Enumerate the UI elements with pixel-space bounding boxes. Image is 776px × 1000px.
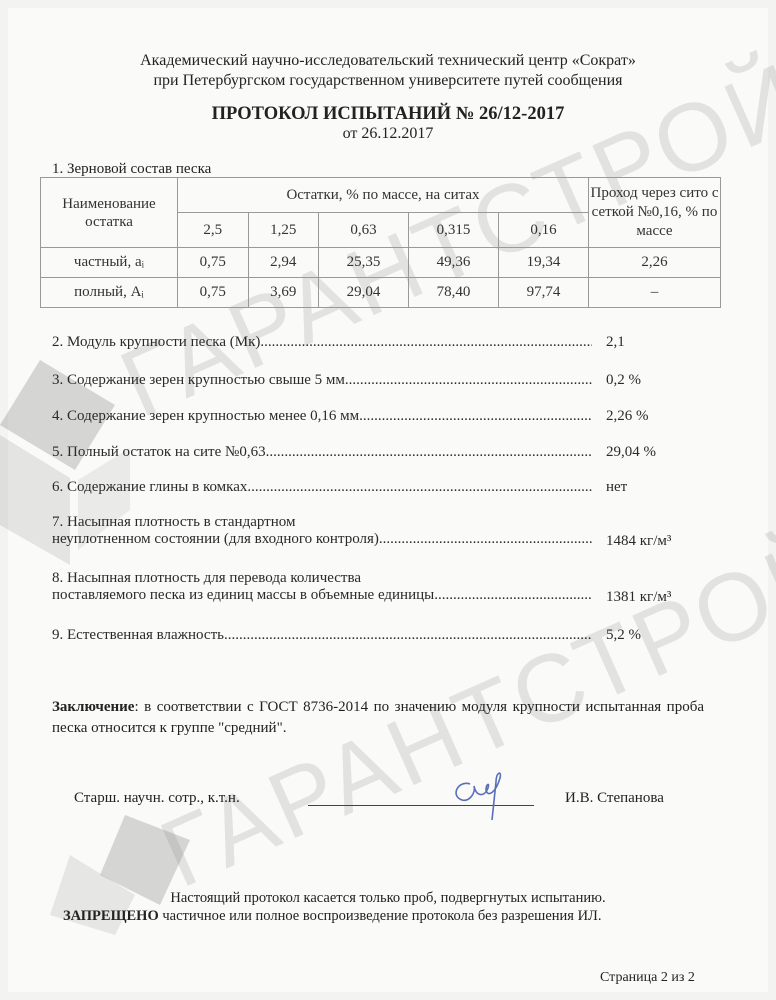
residue-cell: 0,75 <box>178 248 249 278</box>
page-number: Страница 2 из 2 <box>600 970 695 986</box>
signer-role: Старш. научн. сотр., к.т.н. <box>74 790 240 807</box>
result-label: 6. Содержание глины в комках <box>52 479 592 496</box>
result-label-text: поставляемого песка из единиц массы в об… <box>52 587 434 603</box>
result-label-text: неуплотненном состоянии (для входного ко… <box>52 531 379 547</box>
result-label: 5. Полный остаток на сите №0,63 <box>52 444 592 461</box>
leader-dots <box>266 444 592 460</box>
residue-cell: 29,04 <box>319 278 409 308</box>
result-label-text: 4. Содержание зерен крупностью менее 0,1… <box>52 408 359 424</box>
result-item: 9. Естественная влажность5,2 % <box>52 627 592 644</box>
signature-icon <box>440 762 520 822</box>
document-title: ПРОТОКОЛ ИСПЫТАНИЙ № 26/12-2017 <box>0 104 776 125</box>
result-label: неуплотненном состоянии (для входного ко… <box>52 531 592 548</box>
result-label-text: 6. Содержание глины в комках <box>52 479 247 495</box>
result-item: 3. Содержание зерен крупностью свыше 5 м… <box>52 372 592 389</box>
row-label: полный, Aᵢ <box>41 278 178 308</box>
residue-cell: 0,75 <box>178 278 249 308</box>
organization-header: Академический научно-исследовательский т… <box>0 51 776 91</box>
result-label-line1: 8. Насыпная плотность для перевода колич… <box>52 570 592 587</box>
row-label: частный, aᵢ <box>41 248 178 278</box>
document-date: от 26.12.2017 <box>0 125 776 143</box>
result-value: 2,1 <box>606 334 625 351</box>
sieve-size-header: 0,63 <box>319 213 409 248</box>
result-value: 2,26 % <box>606 408 649 425</box>
pass-cell: – <box>589 278 721 308</box>
result-label: 2. Модуль крупности песка (Мк) <box>52 334 592 351</box>
conclusion-heading: Заключение <box>52 699 134 715</box>
footer-note-2-bold: ЗАПРЕЩЕНО <box>63 908 159 924</box>
result-item: 7. Насыпная плотность в стандартномнеупл… <box>52 514 592 548</box>
header-pass: Проход через сито с сеткой №0,16, % по м… <box>589 178 721 248</box>
residue-cell: 49,36 <box>408 248 498 278</box>
leader-dots <box>247 479 592 495</box>
result-label: поставляемого песка из единиц массы в об… <box>52 587 592 604</box>
table-row: частный, aᵢ0,752,9425,3549,3619,342,26 <box>41 248 721 278</box>
sieve-size-header: 0,315 <box>408 213 498 248</box>
leader-dots <box>224 627 592 643</box>
result-value: 1484 кг/м³ <box>606 533 671 550</box>
sieve-size-header: 1,25 <box>248 213 319 248</box>
grain-composition-table: Наименование остатка Остатки, % по массе… <box>40 177 721 308</box>
conclusion: Заключение: в соответствии с ГОСТ 8736-2… <box>52 697 704 739</box>
sieve-size-header: 2,5 <box>178 213 249 248</box>
result-value: нет <box>606 479 627 496</box>
leader-dots <box>434 587 592 603</box>
org-line-2: при Петербургском государственном универ… <box>0 71 776 91</box>
result-value: 29,04 % <box>606 444 656 461</box>
residue-cell: 25,35 <box>319 248 409 278</box>
result-item: 6. Содержание глины в комкахнет <box>52 479 592 496</box>
residue-cell: 3,69 <box>248 278 319 308</box>
result-item: 4. Содержание зерен крупностью менее 0,1… <box>52 408 592 425</box>
result-label-text: 3. Содержание зерен крупностью свыше 5 м… <box>52 372 345 388</box>
result-label-line1: 7. Насыпная плотность в стандартном <box>52 514 592 531</box>
result-value: 1381 кг/м³ <box>606 589 671 606</box>
table-row: полный, Aᵢ0,753,6929,0478,4097,74– <box>41 278 721 308</box>
result-label: 4. Содержание зерен крупностью менее 0,1… <box>52 408 592 425</box>
sieve-size-header: 0,16 <box>498 213 588 248</box>
result-item: 2. Модуль крупности песка (Мк)2,1 <box>52 334 592 351</box>
signer-name: И.В. Степанова <box>565 790 664 807</box>
footer-note-1: Настоящий протокол касается только проб,… <box>0 890 776 907</box>
result-label-text: 5. Полный остаток на сите №0,63 <box>52 444 266 460</box>
pass-cell: 2,26 <box>589 248 721 278</box>
result-item: 5. Полный остаток на сите №0,6329,04 % <box>52 444 592 461</box>
leader-dots <box>359 408 592 424</box>
result-label: 9. Естественная влажность <box>52 627 592 644</box>
residue-cell: 78,40 <box>408 278 498 308</box>
footer-note-2: ЗАПРЕЩЕНО частичное или полное воспроизв… <box>63 908 602 925</box>
result-value: 0,2 % <box>606 372 641 389</box>
header-residues: Остатки, % по массе, на ситах <box>178 178 589 213</box>
leader-dots <box>379 531 592 547</box>
result-item: 8. Насыпная плотность для перевода колич… <box>52 570 592 604</box>
org-line-1: Академический научно-исследовательский т… <box>0 51 776 71</box>
result-label-text: 9. Естественная влажность <box>52 627 224 643</box>
header-name: Наименование остатка <box>41 178 178 248</box>
residue-cell: 19,34 <box>498 248 588 278</box>
leader-dots <box>345 372 592 388</box>
result-value: 5,2 % <box>606 627 641 644</box>
result-label-text: 2. Модуль крупности песка (Мк) <box>52 334 260 350</box>
leader-dots <box>260 334 592 350</box>
footer-note-2-text: частичное или полное воспроизведение про… <box>159 908 602 924</box>
conclusion-text: : в соответствии с ГОСТ 8736-2014 по зна… <box>52 699 704 736</box>
result-label: 3. Содержание зерен крупностью свыше 5 м… <box>52 372 592 389</box>
residue-cell: 2,94 <box>248 248 319 278</box>
section-title: 1. Зерновой состав песка <box>52 161 211 178</box>
residue-cell: 97,74 <box>498 278 588 308</box>
